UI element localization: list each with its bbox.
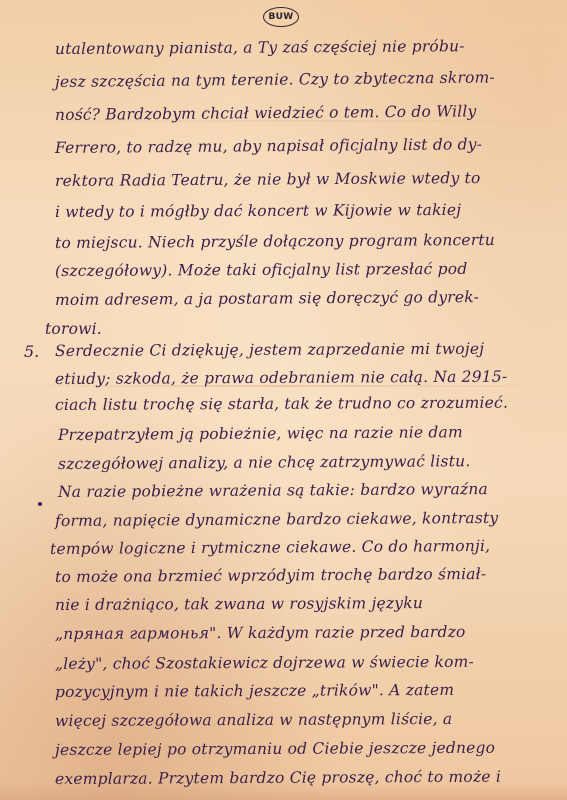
- text-line: Na razie pobieżne wrażenia są takie: bar…: [58, 480, 488, 501]
- text-line: więcej szczegółowa analiza w następnym l…: [55, 710, 452, 730]
- text-line: utalentowany pianista, a Ty zaś częściej…: [55, 37, 465, 58]
- text-line: Ferrero, to radzę mu, aby napisał oficja…: [55, 135, 482, 157]
- text-line: Przepatrzyłem ją pobieżnie, więc na razi…: [58, 423, 463, 444]
- text-line: exemplarza. Przytem bardzo Cię proszę, c…: [55, 768, 501, 788]
- text-line: to miejscu. Niech przyśle dołączony prog…: [55, 231, 495, 252]
- letter-body: utalentowany pianista, a Ty zaś częściej…: [0, 0, 567, 800]
- text-line: jeszcze lepiej po otrzymaniu od Ciebie j…: [55, 739, 495, 759]
- text-line: torowi.: [45, 320, 102, 338]
- text-line: ność? Bardzobym chciał wiedzieć o tem. C…: [55, 102, 477, 124]
- text-line: Serdecznie Ci dziękuję, jestem zaprzedan…: [55, 340, 484, 360]
- margin-mark: [38, 502, 42, 506]
- text-line: tempów logiczne i rytmiczne ciekawe. Co …: [50, 537, 490, 558]
- text-line: (szczegółowy). Może taki oficjalny list …: [55, 260, 468, 280]
- text-line: rektora Radia Teatru, że nie był w Moskw…: [55, 169, 481, 190]
- text-line: jesz szczęścia na tym terenie. Czy to zb…: [55, 68, 495, 91]
- text-line: ciach listu trochę się starła, tak że tr…: [55, 394, 508, 414]
- text-line: pozycyjnym i nie takich jeszcze „trików"…: [55, 681, 454, 701]
- text-line: „leży", choć Szostakiewicz dojrzewa w św…: [55, 653, 474, 673]
- text-line: i wtedy to i mógłby dać koncert w Kijowi…: [55, 201, 461, 221]
- text-line: „пряная гармонья". W każdym razie przed …: [55, 623, 466, 643]
- text-line: nie i drażniąco, tak zwana w rosyjskim j…: [55, 594, 423, 614]
- text-line: to może ona brzmieć wprzódyim trochę bar…: [55, 565, 486, 586]
- text-line: moim adresem, a ja postaram się doręczyć…: [55, 288, 479, 309]
- text-line: szczegółowej analizy, a nie chcę zatrzym…: [58, 452, 471, 473]
- item-number: 5.: [24, 342, 39, 361]
- text-line: etiudy; szkoda, że prawa odebraniem nie …: [55, 368, 507, 388]
- text-line: forma, napięcie dynamiczne bardzo ciekaw…: [55, 509, 498, 530]
